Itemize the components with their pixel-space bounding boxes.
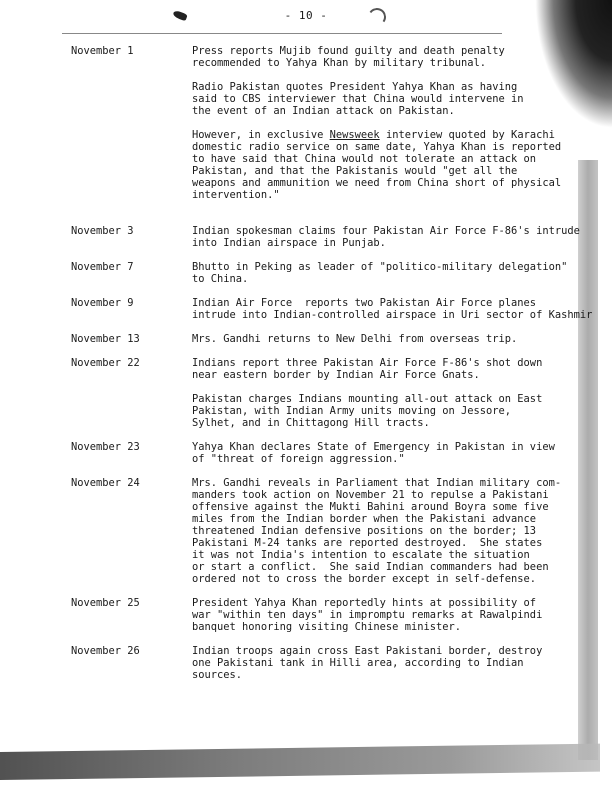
entry-paragraph: President Yahya Khan reportedly hints at… bbox=[192, 597, 542, 633]
entry-paragraph: Pakistan charges Indians mounting all-ou… bbox=[192, 393, 542, 429]
text-line: Indian spokesman claims four Pakistan Ai… bbox=[192, 225, 580, 237]
text-line: war "within ten days" in impromptu remar… bbox=[192, 609, 542, 621]
text-line: Yahya Khan declares State of Emergency i… bbox=[192, 441, 555, 453]
text-line: Mrs. Gandhi returns to New Delhi from ov… bbox=[192, 333, 517, 345]
scan-edge-shadow bbox=[578, 160, 598, 760]
entry-paragraph: Radio Pakistan quotes President Yahya Kh… bbox=[192, 81, 524, 117]
entry-date: November 9 bbox=[71, 297, 134, 309]
text-line: Mrs. Gandhi reveals in Parliament that I… bbox=[192, 477, 561, 489]
entry-date: November 22 bbox=[71, 357, 140, 369]
publication-name: Newsweek bbox=[330, 129, 380, 141]
text-line: said to CBS interviewer that China would… bbox=[192, 93, 524, 105]
text-line: Pakistani M-24 tanks are reported destro… bbox=[192, 537, 561, 549]
text-line: Indians report three Pakistan Air Force … bbox=[192, 357, 542, 369]
entry-paragraph: Indian troops again cross East Pakistani… bbox=[192, 645, 542, 681]
text-line: weapons and ammunition we need from Chin… bbox=[192, 177, 561, 189]
text-line: one Pakistani tank in Hilli area, accord… bbox=[192, 657, 542, 669]
entry-paragraph: However, in exclusive Newsweek interview… bbox=[192, 129, 561, 201]
text-line: banquet honoring visiting Chinese minist… bbox=[192, 621, 542, 633]
text-line: to China. bbox=[192, 273, 567, 285]
text-line: threatened Indian defensive positions on… bbox=[192, 525, 561, 537]
text-line: domestic radio service on same date, Yah… bbox=[192, 141, 561, 153]
entry-date: November 23 bbox=[71, 441, 140, 453]
entry-paragraph: Indian spokesman claims four Pakistan Ai… bbox=[192, 225, 580, 249]
text-line: the event of an Indian attack on Pakista… bbox=[192, 105, 524, 117]
entry-paragraph: Mrs. Gandhi returns to New Delhi from ov… bbox=[192, 333, 517, 345]
text-line: of "threat of foreign aggression." bbox=[192, 453, 555, 465]
entry-paragraph: Mrs. Gandhi reveals in Parliament that I… bbox=[192, 477, 561, 585]
text-line: ordered not to cross the border except i… bbox=[192, 573, 561, 585]
text-line: intervention." bbox=[192, 189, 561, 201]
page-number: - 10 - bbox=[0, 9, 612, 22]
text-line: recommended to Yahya Khan by military tr… bbox=[192, 57, 505, 69]
text-line: it was not India's intention to escalate… bbox=[192, 549, 561, 561]
text-line: Pakistan, with Indian Army units moving … bbox=[192, 405, 542, 417]
entry-date: November 24 bbox=[71, 477, 140, 489]
entry-paragraph: Bhutto in Peking as leader of "politico-… bbox=[192, 261, 567, 285]
text-line: Indian Air Force reports two Pakistan Ai… bbox=[192, 297, 592, 309]
entry-date: November 13 bbox=[71, 333, 140, 345]
entry-date: November 26 bbox=[71, 645, 140, 657]
text-line: Sylhet, and in Chittagong Hill tracts. bbox=[192, 417, 542, 429]
text-line: Pakistan, and that the Pakistanis would … bbox=[192, 165, 561, 177]
text-line: Indian troops again cross East Pakistani… bbox=[192, 645, 542, 657]
text-line: offensive against the Mukti Bahini aroun… bbox=[192, 501, 561, 513]
text-line: Bhutto in Peking as leader of "politico-… bbox=[192, 261, 567, 273]
header-rule bbox=[62, 33, 502, 34]
scan-bottom-shadow bbox=[0, 744, 600, 780]
entry-paragraph: Yahya Khan declares State of Emergency i… bbox=[192, 441, 555, 465]
text-line: intrude into Indian-controlled airspace … bbox=[192, 309, 592, 321]
text-line: However, in exclusive Newsweek interview… bbox=[192, 129, 561, 141]
entry-date: November 3 bbox=[71, 225, 134, 237]
text-line: or start a conflict. She said Indian com… bbox=[192, 561, 561, 573]
entry-paragraph: Indians report three Pakistan Air Force … bbox=[192, 357, 542, 381]
document-page: - 10 - November 1Press reports Mujib fou… bbox=[0, 0, 612, 792]
text-line: Pakistan charges Indians mounting all-ou… bbox=[192, 393, 542, 405]
text-line: near eastern border by Indian Air Force … bbox=[192, 369, 542, 381]
text-line: Radio Pakistan quotes President Yahya Kh… bbox=[192, 81, 524, 93]
text-line: sources. bbox=[192, 669, 542, 681]
text-line: miles from the Indian border when the Pa… bbox=[192, 513, 561, 525]
entry-date: November 7 bbox=[71, 261, 134, 273]
text-line: into Indian airspace in Punjab. bbox=[192, 237, 580, 249]
text-line: Press reports Mujib found guilty and dea… bbox=[192, 45, 505, 57]
entry-paragraph: Press reports Mujib found guilty and dea… bbox=[192, 45, 505, 69]
entry-date: November 25 bbox=[71, 597, 140, 609]
entry-date: November 1 bbox=[71, 45, 134, 57]
text-line: manders took action on November 21 to re… bbox=[192, 489, 561, 501]
text-line: to have said that China would not tolera… bbox=[192, 153, 561, 165]
entry-paragraph: Indian Air Force reports two Pakistan Ai… bbox=[192, 297, 592, 321]
text-line: President Yahya Khan reportedly hints at… bbox=[192, 597, 542, 609]
